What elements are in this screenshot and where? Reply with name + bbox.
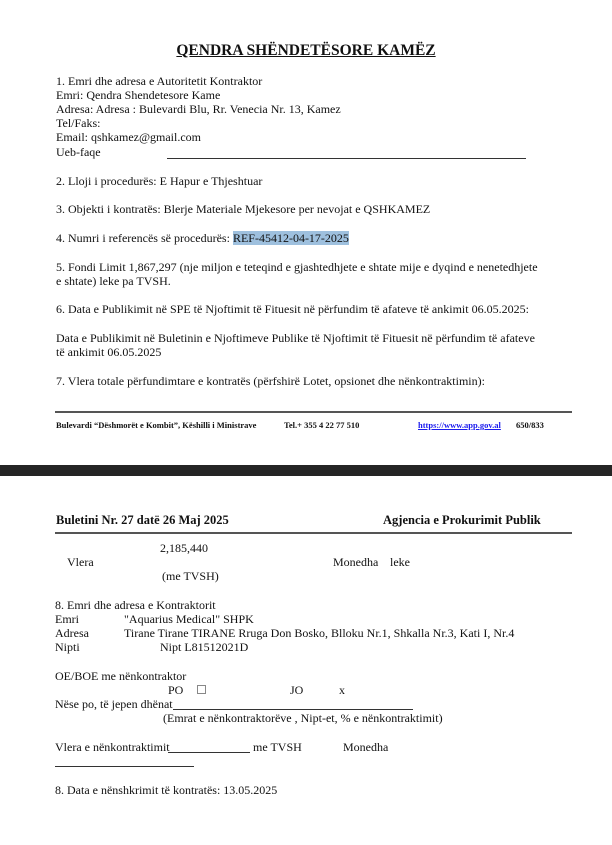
- yes-checkbox[interactable]: [197, 683, 206, 697]
- agency-header: Agjencia e Prokurimit Publik: [383, 513, 541, 527]
- procedure-type: 2. Lloji i procedurës: E Hapur e Thjesht…: [56, 174, 262, 188]
- authority-telfax: Tel/Faks:: [56, 116, 101, 130]
- contract-object: 3. Objekti i kontratës: Blerje Materiale…: [56, 202, 430, 216]
- subcontract-value-blank: [168, 752, 250, 753]
- contract-value-amount: 2,185,440: [160, 541, 208, 555]
- procedure-reference: 4. Numri i referencës së procedurës: REF…: [56, 231, 349, 245]
- subcontract-currency-label: Monedha: [343, 740, 388, 754]
- reference-label: 4. Numri i referencës së procedurës:: [56, 231, 233, 245]
- total-value-heading: 7. Vlera totale përfundimtare e kontratë…: [56, 374, 485, 388]
- footer-address: Bulevardi “Dëshmorët e Kombit”, Këshilli…: [56, 418, 256, 432]
- value-label: Vlera: [67, 555, 94, 569]
- yes-option-label: PO: [168, 683, 183, 697]
- bulletin-publication-line2: të ankimit 06.05.2025: [56, 345, 161, 359]
- bulletin-header: Buletini Nr. 27 datë 26 Maj 2025: [56, 513, 229, 527]
- no-option-mark[interactable]: x: [339, 683, 345, 697]
- header-rule: [55, 532, 572, 534]
- authority-email: Email: qshkamez@gmail.com: [56, 130, 201, 144]
- footer-rule: [55, 411, 572, 413]
- vat-note: (me TVSH): [162, 569, 219, 583]
- footer-tel: Tel.+ 355 4 22 77 510: [284, 418, 359, 432]
- details-label: Nëse po, të jepen dhënat: [55, 697, 173, 711]
- page-separator: [0, 465, 612, 476]
- section1-heading: 1. Emri dhe adresa e Autoritetit Kontrak…: [56, 74, 262, 88]
- no-option-label: JO: [290, 683, 303, 697]
- spe-publication-date: 6. Data e Publikimit në SPE të Njoftimit…: [56, 302, 529, 316]
- fund-limit-line2: e shtate) leke pa TVSH.: [56, 274, 171, 288]
- contractor-name: "Aquarius Medical" SHPK: [124, 612, 254, 626]
- authority-address: Adresa: Adresa : Bulevardi Blu, Rr. Vene…: [56, 102, 341, 116]
- document-title: QENDRA SHËNDETËSORE KAMËZ: [0, 42, 612, 60]
- currency-value: leke: [390, 555, 410, 569]
- details-hint: (Emrat e nënkontraktorëve , Nipt-et, % e…: [163, 711, 443, 725]
- subcontract-vat-label: me TVSH: [253, 740, 302, 754]
- reference-number-highlighted[interactable]: REF-45412-04-17-2025: [233, 231, 349, 245]
- signing-date: 8. Data e nënshkrimit të kontratës: 13.0…: [55, 783, 277, 797]
- checkbox-icon: [197, 685, 206, 694]
- contractor-nipt-label: Nipti: [55, 640, 80, 654]
- contractor-name-label: Emri: [55, 612, 79, 626]
- contractor-address-label: Adresa: [55, 626, 89, 640]
- fund-limit-line1: 5. Fondi Limit 1,867,297 (nje miljon e t…: [56, 260, 538, 274]
- contractor-nipt: Nipt L81512021D: [160, 640, 248, 654]
- contractor-heading: 8. Emri dhe adresa e Kontraktorit: [55, 598, 216, 612]
- subcontract-currency-blank: [55, 766, 194, 767]
- subcontract-value-label: Vlera e nënkontraktimit: [55, 740, 170, 754]
- contractor-address: Tirane Tirane TIRANE Rruga Don Bosko, Bl…: [124, 626, 514, 640]
- bulletin-publication-line1: Data e Publikimit në Buletinin e Njoftim…: [56, 331, 535, 345]
- authority-name: Emri: Qendra Shendetesore Kame: [56, 88, 220, 102]
- website-blank-line: [167, 158, 526, 159]
- website-label: Ueb-faqe: [56, 145, 101, 159]
- subcontractor-label: OE/BOE me nënkontraktor: [55, 669, 186, 683]
- page-number: 650/833: [516, 418, 544, 432]
- currency-label: Monedha: [333, 555, 378, 569]
- details-blank-line: [173, 709, 413, 710]
- footer-website-link[interactable]: https://www.app.gov.al: [418, 418, 501, 432]
